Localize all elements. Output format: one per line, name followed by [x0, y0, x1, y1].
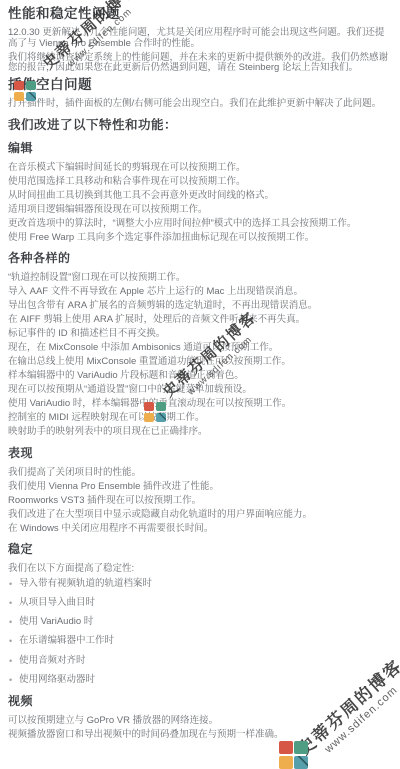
edit-item: 使用 Free Warp 工具向多个选定事件添加扭曲标记现在可以按预期工作。 — [8, 233, 388, 244]
windows-logo-icon — [14, 81, 36, 101]
misc-item: “轨道控制设置”窗口现在可以按预期工作。 — [8, 273, 388, 284]
icon-square-yellow — [14, 92, 24, 101]
video-item: 可以按预期建立与 GoPro VR 播放器的网络连接。 — [8, 716, 388, 727]
misc-item: 现在可以按预期从“通道设置”窗口中的右键菜单加载预设。 — [8, 385, 388, 396]
paragraph-investigation-note: 我们将继续调查特定系统上的性能问题，并在未来的更新中提供额外的改进。我们仍然感谢… — [8, 53, 388, 74]
performance-item: 我们改进了在大型项目中显示或隐藏自动化轨道时的用户界面响应能力。 — [8, 510, 388, 521]
list-item: 使用网络驱动器时 — [8, 675, 388, 686]
subsection-title-video: 视频 — [8, 694, 388, 708]
section-title-plugin-blank: 插件空白问题 — [8, 77, 388, 93]
misc-item: 导出包含带有 ARA 扩展名的音频剪辑的选定轨道时，不再出现错误消息。 — [8, 301, 388, 312]
stability-list: 导入带有视频轨道的轨道档案时 从项目导入曲目时 使用 VariAudio 时 在… — [8, 579, 388, 686]
icon-square-red — [279, 741, 293, 754]
list-item: 使用音频对齐时 — [8, 656, 388, 667]
misc-item: 控制室的 MIDI 远程映射现在可以按预期工作。 — [8, 413, 388, 424]
subsection-title-editing: 编辑 — [8, 141, 388, 155]
misc-item: 在输出总线上使用 MixConsole 重置通道功能现在可以按预期工作。 — [8, 357, 388, 368]
section-title-performance-stability: 性能和稳定性问题 — [8, 6, 388, 22]
misc-item: 标记事件的 ID 和描述栏目不再交换。 — [8, 329, 388, 340]
paragraph-plugin-blank: 打开插件时，插件面板的左侧/右侧可能会出现空白。我们在此维护更新中解决了此问题。 — [8, 99, 388, 110]
edit-item: 适用项目逻辑编辑器预设现在可以按预期工作。 — [8, 205, 388, 216]
subsection-title-miscellaneous: 各种各样的 — [8, 251, 388, 265]
subsection-title-stability: 稳定 — [8, 542, 388, 556]
edit-item: 从时间扭曲工具切换到其他工具不会再意外更改时间线的格式。 — [8, 191, 388, 202]
list-item: 使用 VariAudio 时 — [8, 617, 388, 628]
performance-item: 我们提高了关闭项目时的性能。 — [8, 468, 388, 479]
list-item: 在乐谱编辑器中工作时 — [8, 636, 388, 647]
list-item: 导入带有视频轨道的轨道档案时 — [8, 579, 388, 590]
windows-logo-icon — [144, 402, 166, 422]
icon-square-yellow — [279, 756, 293, 769]
misc-item: 样本编辑器中的 VariAudio 片段标题和音轨道正确着色。 — [8, 371, 388, 382]
list-item: 从项目导入曲目时 — [8, 598, 388, 609]
edit-item: 使用范围选择工具移动和粘合事件现在可以按预期工作。 — [8, 177, 388, 188]
icon-square-red — [144, 402, 154, 411]
icon-square-green — [294, 741, 308, 754]
windows-logo-icon — [279, 741, 308, 769]
icon-square-yellow — [144, 413, 154, 422]
icon-square-green — [156, 402, 166, 411]
subsection-title-performance: 表现 — [8, 446, 388, 460]
lead-improvements: 我们改进了以下特性和功能： — [8, 118, 388, 133]
icon-square-teal — [26, 92, 36, 101]
icon-square-teal — [156, 413, 166, 422]
icon-square-red — [14, 81, 24, 90]
misc-item: 现在，在 MixConsole 中添加 Ambisonics 通道可以按预期工作… — [8, 343, 388, 354]
article: 性能和稳定性问题 12.0.30 更新解决了几个性能问题，尤其是关闭应用程序时可… — [0, 0, 400, 741]
misc-item: 使用 VariAudio 时，样本编辑器中的垂直滚动现在可以按预期工作。 — [8, 399, 388, 410]
edit-item: 在音乐模式下编辑时间延长的剪辑现在可以按预期工作。 — [8, 163, 388, 174]
paragraph-update-summary: 12.0.30 更新解决了几个性能问题，尤其是关闭应用程序时可能会出现这些问题。… — [8, 28, 388, 49]
icon-square-teal — [294, 756, 308, 769]
video-item: 视频播放器窗口和导出视频中的时间码叠加现在与预期一样准确。 — [8, 730, 388, 741]
performance-item: Roomworks VST3 插件现在可以按预期工作。 — [8, 496, 388, 507]
icon-square-green — [26, 81, 36, 90]
stability-intro: 我们在以下方面提高了稳定性: — [8, 564, 388, 575]
performance-item: 我们使用 Vienna Pro Ensemble 插件改进了性能。 — [8, 482, 388, 493]
misc-item: 导入 AAF 文件不再导致在 Apple 芯片上运行的 Mac 上出现错误消息。 — [8, 287, 388, 298]
misc-item: 在 AIFF 剪辑上使用 ARA 扩展时，处理后的音频文件听起来不再失真。 — [8, 315, 388, 326]
performance-item: 在 Windows 中关闭应用程序不再需要很长时间。 — [8, 524, 388, 535]
misc-item: 映射助手的映射列表中的项目现在已正确排序。 — [8, 427, 388, 438]
edit-item: 更改首选项中的算法时，“调整大小应用时间拉伸”模式中的选择工具会按预期工作。 — [8, 219, 388, 230]
